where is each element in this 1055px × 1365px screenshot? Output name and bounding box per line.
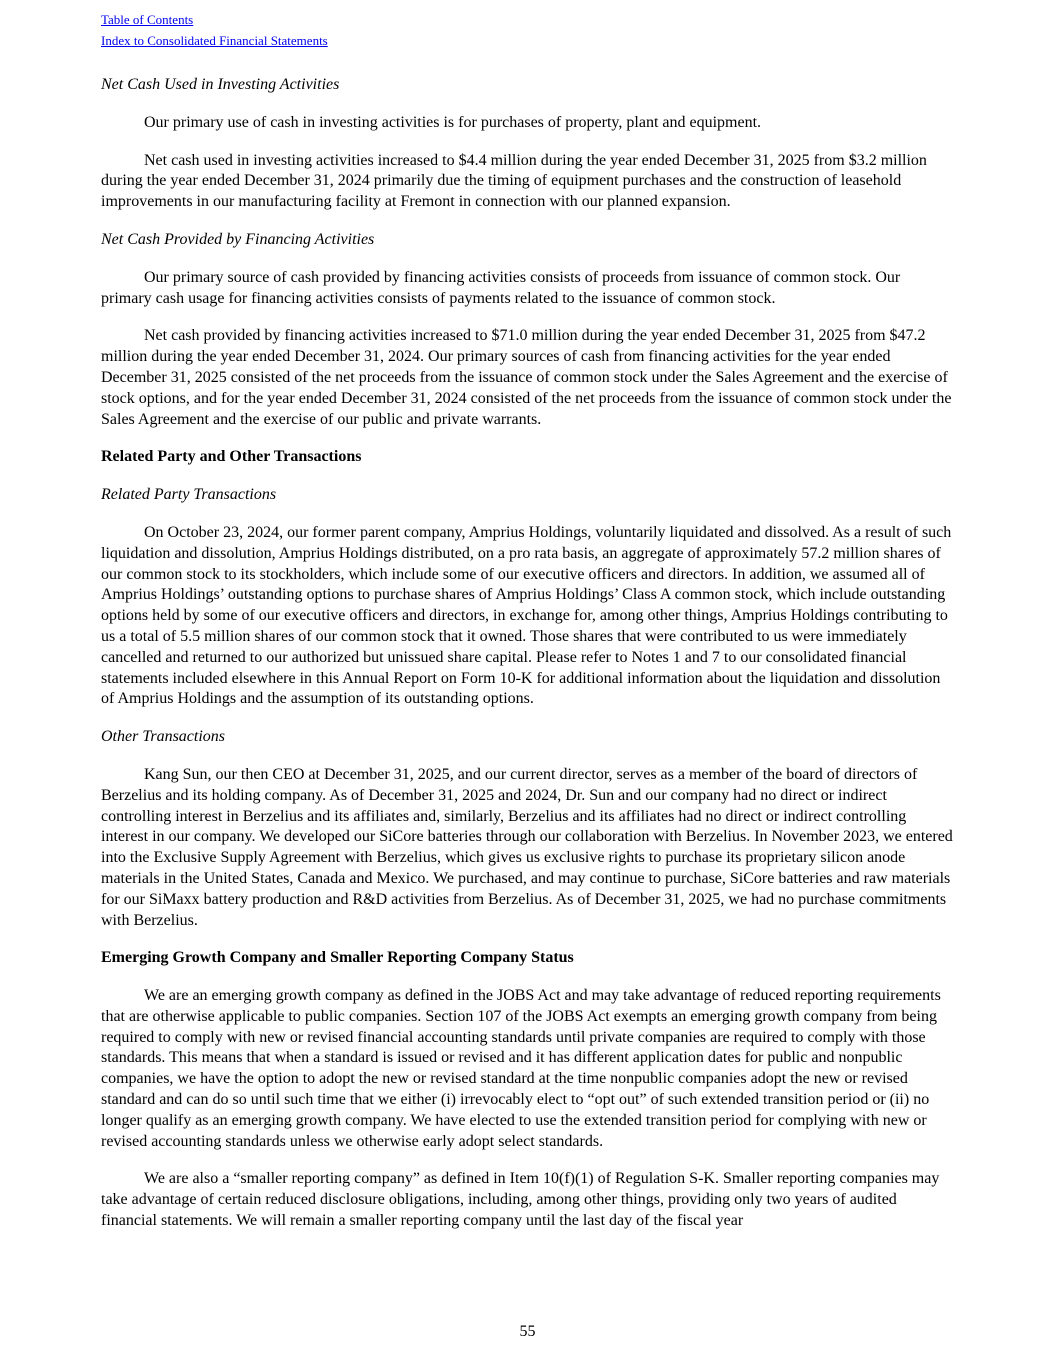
emerging-growth-section: Emerging Growth Company and Smaller Repo… — [101, 948, 953, 1232]
document-page: Table of Contents Index to Consolidated … — [101, 0, 953, 1249]
investing-activities-section: Net Cash Used in Investing Activities Ou… — [101, 75, 953, 213]
related-party-other-heading: Related Party and Other Transactions — [101, 447, 953, 468]
page-number: 55 — [0, 1322, 1055, 1342]
document-body: Net Cash Used in Investing Activities Ou… — [101, 75, 953, 1232]
investing-activities-heading: Net Cash Used in Investing Activities — [101, 75, 953, 96]
emerging-growth-paragraph-2: We are also a “smaller reporting company… — [101, 1169, 953, 1231]
investing-paragraph-2: Net cash used in investing activities in… — [101, 151, 953, 213]
financing-paragraph-2: Net cash provided by financing activitie… — [101, 326, 953, 430]
emerging-growth-heading: Emerging Growth Company and Smaller Repo… — [101, 948, 953, 969]
investing-paragraph-1: Our primary use of cash in investing act… — [101, 113, 953, 134]
related-party-paragraph: On October 23, 2024, our former parent c… — [101, 523, 953, 710]
related-party-transactions-heading: Related Party Transactions — [101, 485, 953, 506]
other-transactions-paragraph: Kang Sun, our then CEO at December 31, 2… — [101, 765, 953, 931]
other-transactions-heading: Other Transactions — [101, 727, 953, 748]
related-party-other-section: Related Party and Other Transactions Rel… — [101, 447, 953, 931]
financing-paragraph-1: Our primary source of cash provided by f… — [101, 268, 953, 310]
financing-activities-heading: Net Cash Provided by Financing Activitie… — [101, 230, 953, 251]
emerging-growth-paragraph-1: We are an emerging growth company as def… — [101, 986, 953, 1152]
navigation-links: Table of Contents Index to Consolidated … — [101, 0, 953, 51]
table-of-contents-link[interactable]: Table of Contents — [101, 9, 953, 30]
index-financial-statements-link[interactable]: Index to Consolidated Financial Statemen… — [101, 30, 953, 51]
financing-activities-section: Net Cash Provided by Financing Activitie… — [101, 230, 953, 430]
